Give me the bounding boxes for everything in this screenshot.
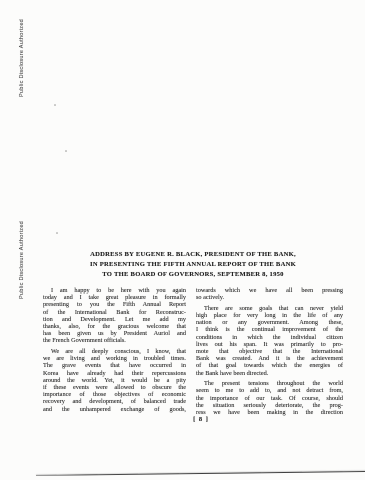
public-disclosure-stamp-top: Public Disclosure Authorized: [19, 19, 25, 97]
text-line: high place for very long in the life of …: [196, 312, 343, 319]
text-line: the importance of our task. Of course, s…: [196, 395, 343, 402]
text-line: We are all deeply conscious, I know, tha…: [43, 348, 186, 355]
text-line: Bank was created. And it is the achievem…: [196, 355, 343, 362]
body-column-right: towards which we have all been pressings…: [196, 287, 343, 416]
scan-speckle: [56, 232, 58, 234]
text-line: presenting to you the Fifth Annual Repor…: [43, 301, 186, 308]
text-line: There are some goals that can never yiel…: [196, 305, 343, 312]
scan-speckle: [54, 104, 56, 106]
text-line: so actively.: [196, 294, 343, 301]
scanned-document-page: Public Disclosure Authorized Public Disc…: [0, 0, 365, 480]
text-line: The present tensions throughout the worl…: [196, 380, 343, 387]
text-line: towards which we have all been pressing: [196, 287, 343, 294]
title-line-2: IN PRESENTING THE FIFTH ANNUAL REPORT OF…: [43, 260, 343, 270]
text-line: importance of those objectives of econom…: [43, 391, 186, 398]
text-line: I think is the continual improvement of …: [196, 326, 343, 333]
text-line: thanks, also, for the gracious welcome t…: [43, 323, 186, 330]
text-line: Korea have already had their repercussio…: [43, 370, 186, 377]
page-number: [ 8 ]: [43, 416, 343, 423]
document-title: ADDRESS BY EUGENE R. BLACK, PRESIDENT OF…: [43, 250, 343, 280]
text-line: today and I take great pleasure in forma…: [43, 294, 186, 301]
text-line: tion and Development. Let me add my: [43, 316, 186, 323]
text-line: we are living and working in troubled ti…: [43, 355, 186, 362]
text-line: of the International Bank for Reconstruc…: [43, 309, 186, 316]
text-line: I am happy to be here with you again: [43, 287, 186, 294]
title-line-1: ADDRESS BY EUGENE R. BLACK, PRESIDENT OF…: [43, 250, 343, 260]
text-line: and the unhampered exchange of goods,: [43, 406, 186, 413]
text-line: the Bank have been directed.: [196, 370, 343, 377]
text-line: around the world. Yet, it would be a pit…: [43, 377, 186, 384]
public-disclosure-stamp-bottom: Public Disclosure Authorized: [19, 221, 25, 299]
text-line: recovery and development, of balanced tr…: [43, 398, 186, 405]
text-line: seem to me to add to, and not detract fr…: [196, 387, 343, 394]
scan-speckle: [65, 150, 67, 152]
text-line: the French Government officials.: [43, 337, 186, 344]
text-line: nation or any government. Among these,: [196, 319, 343, 326]
text-line: mote that objective that the Internation…: [196, 348, 343, 355]
text-line: of that goal towards which the energies …: [196, 362, 343, 369]
text-line: if these events were allowed to obscure …: [43, 384, 186, 391]
page-bottom-edge-line: [36, 471, 365, 476]
title-line-3: TO THE BOARD OF GOVERNORS, SEPTEMBER 8, …: [43, 270, 343, 280]
text-line: conditions in which the individual citiz…: [196, 334, 343, 341]
text-line: lives out his span. It was primarily to …: [196, 341, 343, 348]
body-column-left: I am happy to be here with you againtoda…: [43, 287, 186, 413]
text-line: the situation seriously deteriorate, the…: [196, 402, 343, 409]
text-line: The grave events that have occurred in: [43, 362, 186, 369]
text-line: has been given us by President Auriol an…: [43, 330, 186, 337]
